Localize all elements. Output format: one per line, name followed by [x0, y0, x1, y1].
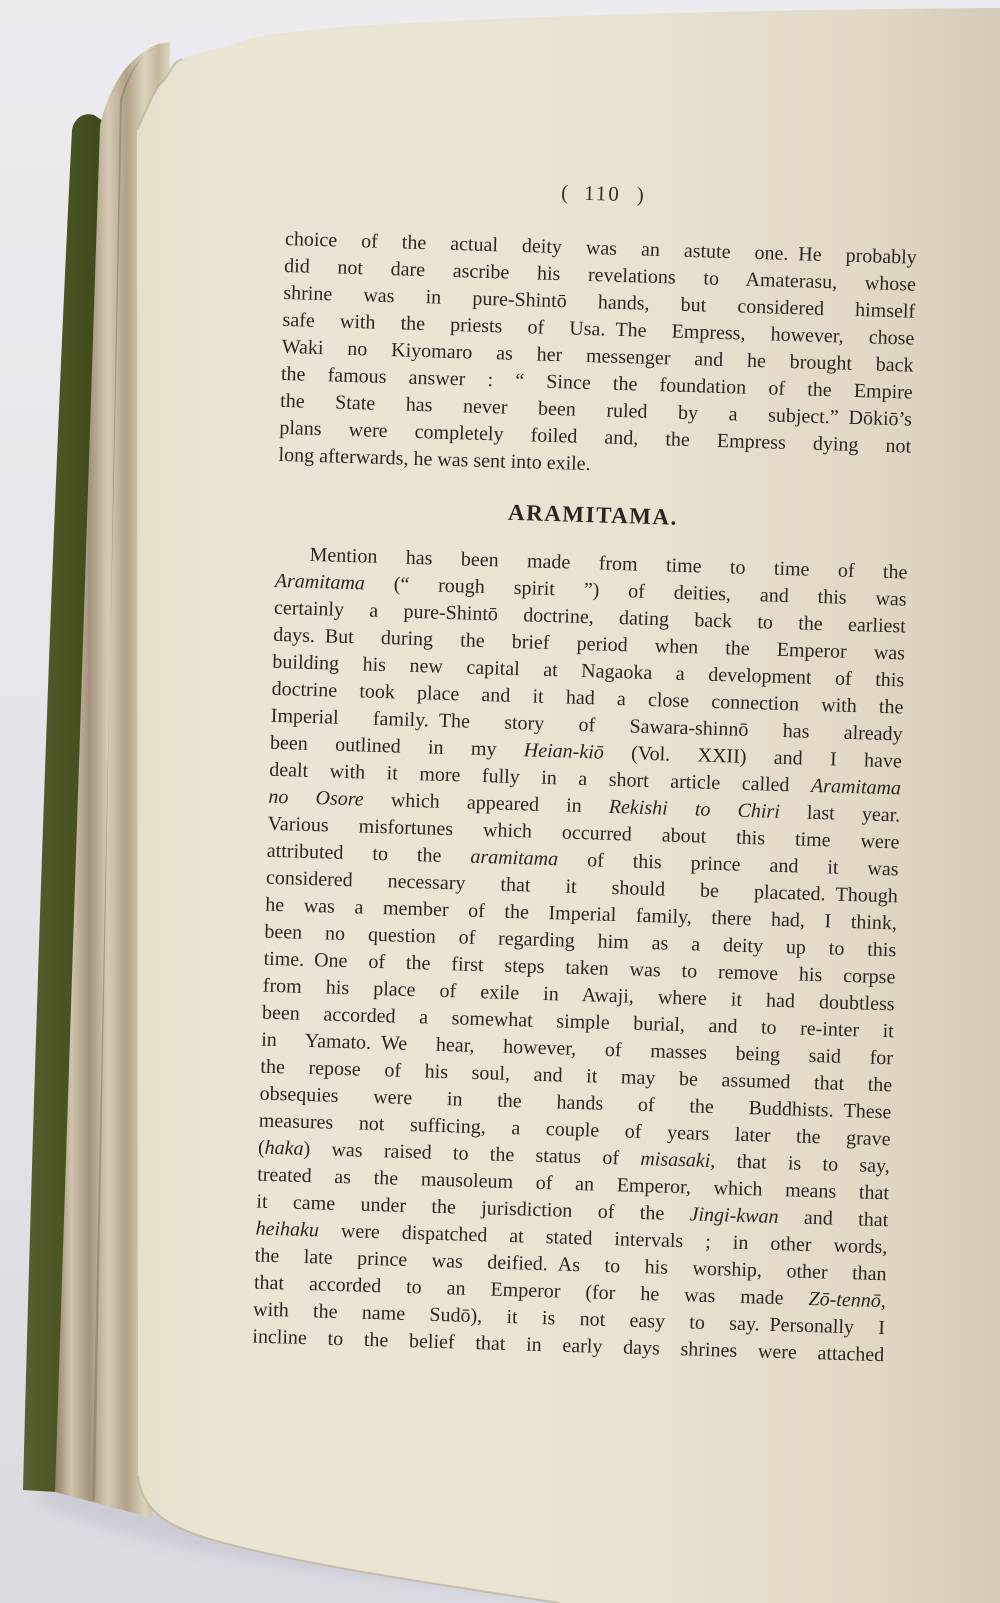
page-number-open-paren: ( [561, 180, 569, 204]
paragraph-dokio: choice of the actual deity was an astute… [278, 226, 917, 488]
page-number-value: 110 [584, 181, 621, 206]
book-photo-scene: (110) choice of the actual deity was an … [0, 0, 1000, 1603]
page-number-close-paren: ) [636, 182, 644, 206]
paragraph-aramitama: Mention has been made from time to time … [252, 541, 908, 1369]
printed-page-text: (110) choice of the actual deity was an … [252, 172, 919, 1369]
section-heading: ARAMITAMA. [277, 491, 910, 540]
